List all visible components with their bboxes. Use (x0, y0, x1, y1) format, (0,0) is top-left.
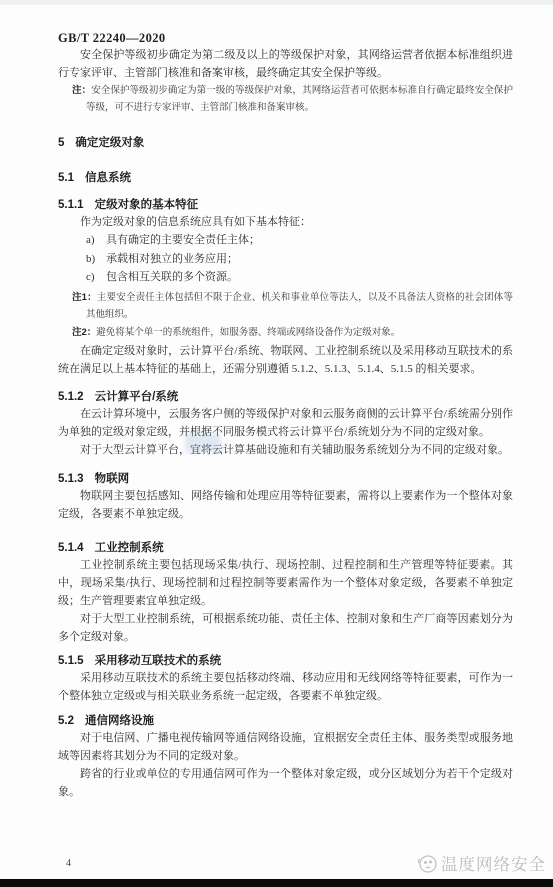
note-text: 安全保护等级初步确定为第一级的等级保护对象，其网络运营者可依据本标准自行确定最终… (86, 86, 513, 113)
s514-paragraph-2: 对于大型工业控制系统，可根据系统功能、责任主体、控制对象和生产厂商等因素划分为多… (58, 610, 513, 646)
s514-paragraph-1: 工业控制系统主要包括现场采集/执行、现场控制、过程控制和生产管理等特征要素。其中… (58, 556, 513, 610)
intro-note: 注：安全保护等级初步确定为第一级的等级保护对象，其网络运营者可依据本标准自行确定… (72, 82, 513, 117)
bottom-bar (0, 879, 553, 887)
list-item-a: a)具有确定的主要安全责任主体； (86, 231, 513, 250)
s513-paragraph-1: 物联网主要包括感知、网络传输和处理应用等特征要素，需将以上要素作为一个整体对象定… (58, 487, 513, 523)
note-1: 注1：主要安全责任主体包括但不限于企业、机关和事业单位等法人，以及不具备法人资格… (72, 289, 513, 324)
heading-5-1: 5.1信息系统 (58, 170, 513, 186)
s515-paragraph-1: 采用移动互联技术的系统主要包括移动终端、移动应用和无线网络等特征要素，可作为一个… (58, 669, 513, 705)
watermark-text: 温度网络安全 (441, 851, 546, 875)
watermark: 温度网络安全 (416, 851, 546, 875)
heading-5-1-2: 5.1.2云计算平台/系统 (58, 389, 513, 405)
s512-paragraph-1: 在云计算环境中，云服务客户侧的等级保护对象和云服务商侧的云计算平台/系统需分别作… (58, 405, 513, 441)
feature-list: a)具有确定的主要安全责任主体； b)承载相对独立的业务应用； c)包含相互关联… (86, 231, 513, 287)
heading-5-1-5: 5.1.5采用移动互联技术的系统 (58, 653, 513, 669)
heading-5-1-4: 5.1.4工业控制系统 (58, 540, 513, 556)
intro-paragraph: 安全保护等级初步确定为第二级及以上的等级保护对象，其网络运营者依据本标准组织进行… (58, 46, 513, 82)
document-page: GB/T 22240—2020 安全保护等级初步确定为第二级及以上的等级保护对象… (0, 0, 553, 887)
s511-closing: 在确定定级对象时，云计算平台/系统、物联网、工业控制系统以及采用移动互联技术的系… (58, 342, 513, 378)
standard-code: GB/T 22240—2020 (58, 30, 513, 46)
note-2: 注2：避免将某个单一的系统组件，如服务器、终端或网络设备作为定级对象。 (72, 324, 513, 342)
s511-intro: 作为定级对象的信息系统应具有如下基本特征： (58, 213, 513, 231)
page-number: 4 (66, 858, 71, 869)
heading-5-2: 5.2通信网络设施 (58, 713, 513, 729)
heading-5-1-1: 5.1.1定级对象的基本特征 (58, 197, 513, 213)
list-item-c: c)包含相互关联的多个资源。 (86, 268, 513, 287)
note-label: 注： (72, 85, 91, 96)
s512-paragraph-2: 对于大型云计算平台，宜将云计算基础设施和有关辅助服务系统划分为不同的定级对象。 (58, 441, 513, 459)
heading-chapter-5: 5确定定级对象 (58, 135, 513, 151)
s52-paragraph-2: 跨省的行业或单位的专用通信网可作为一个整体对象定级，或分区域划分为若干个定级对象… (58, 765, 513, 801)
s52-paragraph-1: 对于电信网、广播电视传输网等通信网络设施，宜根据安全责任主体、服务类型或服务地域… (58, 729, 513, 765)
page-content: GB/T 22240—2020 安全保护等级初步确定为第二级及以上的等级保护对象… (0, 5, 553, 801)
smiley-face-icon (416, 851, 438, 875)
list-item-b: b)承载相对独立的业务应用； (86, 250, 513, 269)
heading-5-1-3: 5.1.3物联网 (58, 471, 513, 487)
